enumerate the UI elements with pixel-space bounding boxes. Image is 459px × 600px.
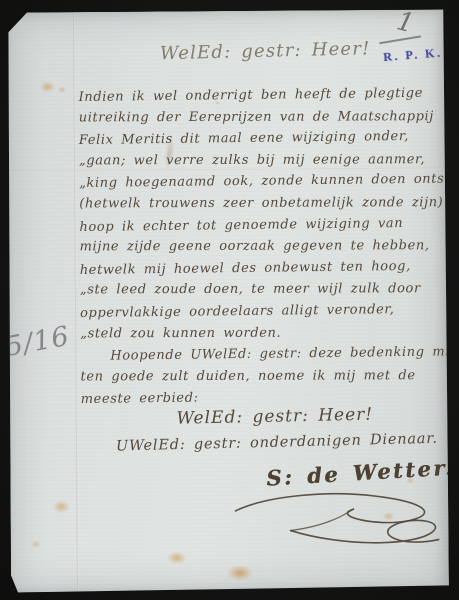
letter-line: Indien ik wel onderrigt ben heeft de ple… <box>78 83 440 109</box>
letter-line: „ste leed zoude doen, te meer wijl zulk … <box>80 278 442 301</box>
stain <box>52 500 70 513</box>
scan-background: 1 R. P. K. 5/16 WelEd: gestr: Heer! Indi… <box>0 0 459 600</box>
signature: S: de Wetter. <box>266 455 456 491</box>
letter-line: „steld zou kunnen worden. <box>80 322 442 345</box>
pencil-page-number: 1 <box>394 6 417 39</box>
stain <box>31 540 41 548</box>
margin-annotation: 5/16 <box>3 321 72 363</box>
stain <box>57 86 66 93</box>
signature-flourish <box>232 487 450 555</box>
letter-line: uitreiking der Eereprijzen van de Maatsc… <box>79 106 441 129</box>
stain <box>227 565 253 581</box>
letter-line: (hetwelk trouwens zeer onbetamelijk zond… <box>79 192 441 215</box>
letter-closing-address: WelEd: gestr: Heer! <box>150 404 400 429</box>
letter-line: Felix Meritis dit maal eene wijziging on… <box>79 126 441 152</box>
letter-line: mijne zijde geene oorzaak gegeven te heb… <box>80 235 442 258</box>
stain <box>39 81 55 92</box>
letter-line: oppervlakkige oordeelaars alligt veronde… <box>80 298 442 324</box>
stain <box>167 551 187 564</box>
letter-salutation: WelEd: gestr: Heer! <box>127 37 403 65</box>
letter-paper: 1 R. P. K. 5/16 WelEd: gestr: Heer! Indi… <box>7 9 449 592</box>
letter-line: hoop ik echter tot genoemde wijziging va… <box>79 212 441 238</box>
letter-body: Indien ik wel onderrigt ben heeft de ple… <box>78 84 442 410</box>
letter-line: „king hoegenaamd ook, zonde kunnen doen … <box>79 169 441 195</box>
letter-closing-servant: UWelEd: gestr: onderdanigen Dienaar. <box>116 431 438 455</box>
letter-line: Hoopende UWelEd: gestr: deze bedenking m… <box>80 342 442 368</box>
